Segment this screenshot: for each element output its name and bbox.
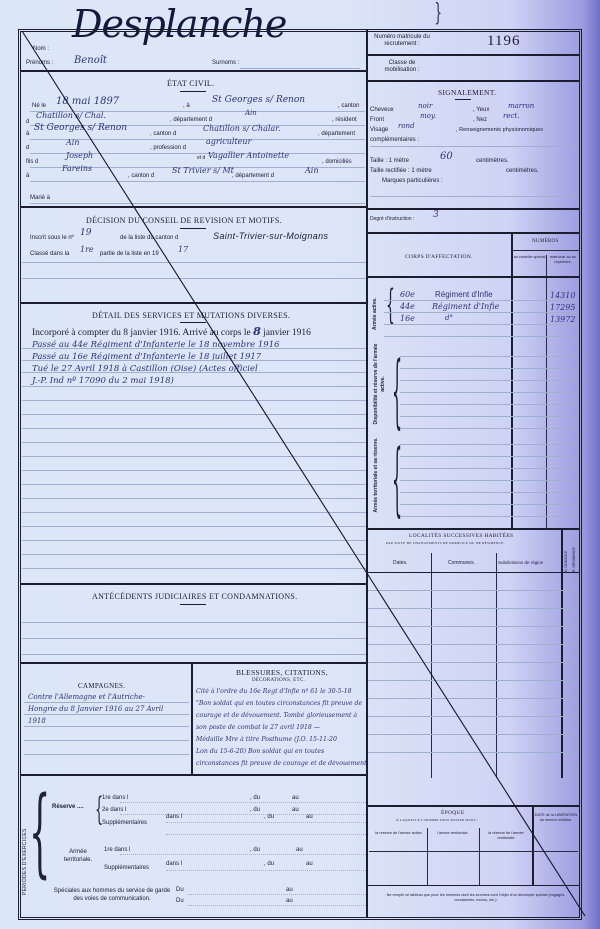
- diagonal-strike-line: [0, 0, 600, 929]
- military-register-page: Desplanche Nom : Prénoms : Benoît Surnom…: [0, 0, 600, 929]
